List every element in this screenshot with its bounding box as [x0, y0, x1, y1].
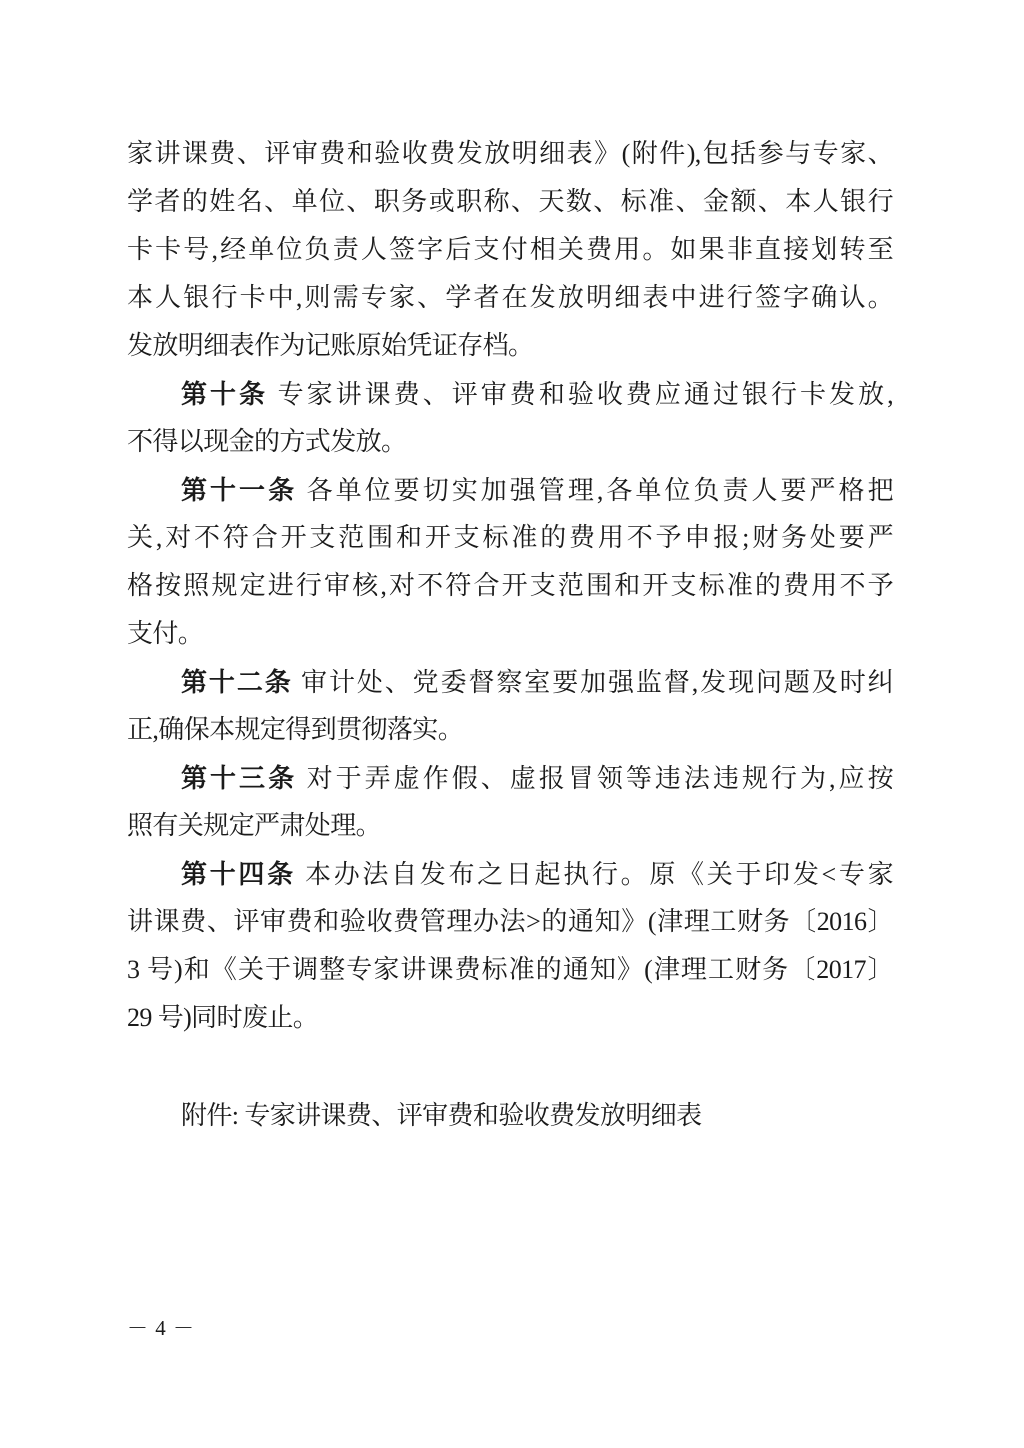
article-number: 第十四条 — [181, 859, 296, 889]
article-number: 第十一条 — [181, 475, 297, 505]
text-line: 正,确保本规定得到贯彻落实。 — [127, 706, 893, 754]
document-page: 家讲课费、评审费和验收费发放明细表》(附件),包括参与专家、学者的姓名、单位、职… — [0, 0, 1024, 1448]
text-line: 第十二条 审计处、党委督察室要加强监督,发现问题及时纠 — [127, 658, 893, 706]
text-line: 第十条 专家讲课费、评审费和验收费应通过银行卡发放, — [127, 370, 893, 418]
article-number: 第十条 — [181, 379, 268, 409]
page-number: － 4 － — [127, 1312, 195, 1342]
text-line: 3 号)和《关于调整专家讲课费标准的通知》(津理工财务〔2017〕 — [127, 946, 893, 994]
article-number: 第十三条 — [181, 763, 297, 793]
text-line: 发放明细表作为记账原始凭证存档。 — [127, 322, 893, 370]
text-line: 不得以现金的方式发放。 — [127, 418, 893, 466]
document-body: 家讲课费、评审费和验收费发放明细表》(附件),包括参与专家、学者的姓名、单位、职… — [127, 130, 893, 1140]
attachment-line: 附件: 专家讲课费、评审费和验收费发放明细表 — [127, 1092, 893, 1140]
text-line: 卡卡号,经单位负责人签字后支付相关费用。如果非直接划转至 — [127, 226, 893, 274]
text-line: 家讲课费、评审费和验收费发放明细表》(附件),包括参与专家、 — [127, 130, 893, 178]
text-line: 第十一条 各单位要切实加强管理,各单位负责人要严格把 — [127, 466, 893, 514]
text-line: 讲课费、评审费和验收费管理办法>的通知》(津理工财务〔2016〕 — [127, 898, 893, 946]
text-line: 照有关规定严肃处理。 — [127, 802, 893, 850]
text-line: 关,对不符合开支范围和开支标准的费用不予申报;财务处要严 — [127, 514, 893, 562]
text-line: 本人银行卡中,则需专家、学者在发放明细表中进行签字确认。 — [127, 274, 893, 322]
text-line: 支付。 — [127, 610, 893, 658]
article-number: 第十二条 — [181, 667, 293, 697]
text-line: 29 号)同时废止。 — [127, 994, 893, 1042]
text-line: 格按照规定进行审核,对不符合开支范围和开支标准的费用不予 — [127, 562, 893, 610]
text-line: 学者的姓名、单位、职务或职称、天数、标准、金额、本人银行 — [127, 178, 893, 226]
text-line: 第十四条 本办法自发布之日起执行。原《关于印发<专家 — [127, 850, 893, 898]
text-line: 第十三条 对于弄虚作假、虚报冒领等违法违规行为,应按 — [127, 754, 893, 802]
